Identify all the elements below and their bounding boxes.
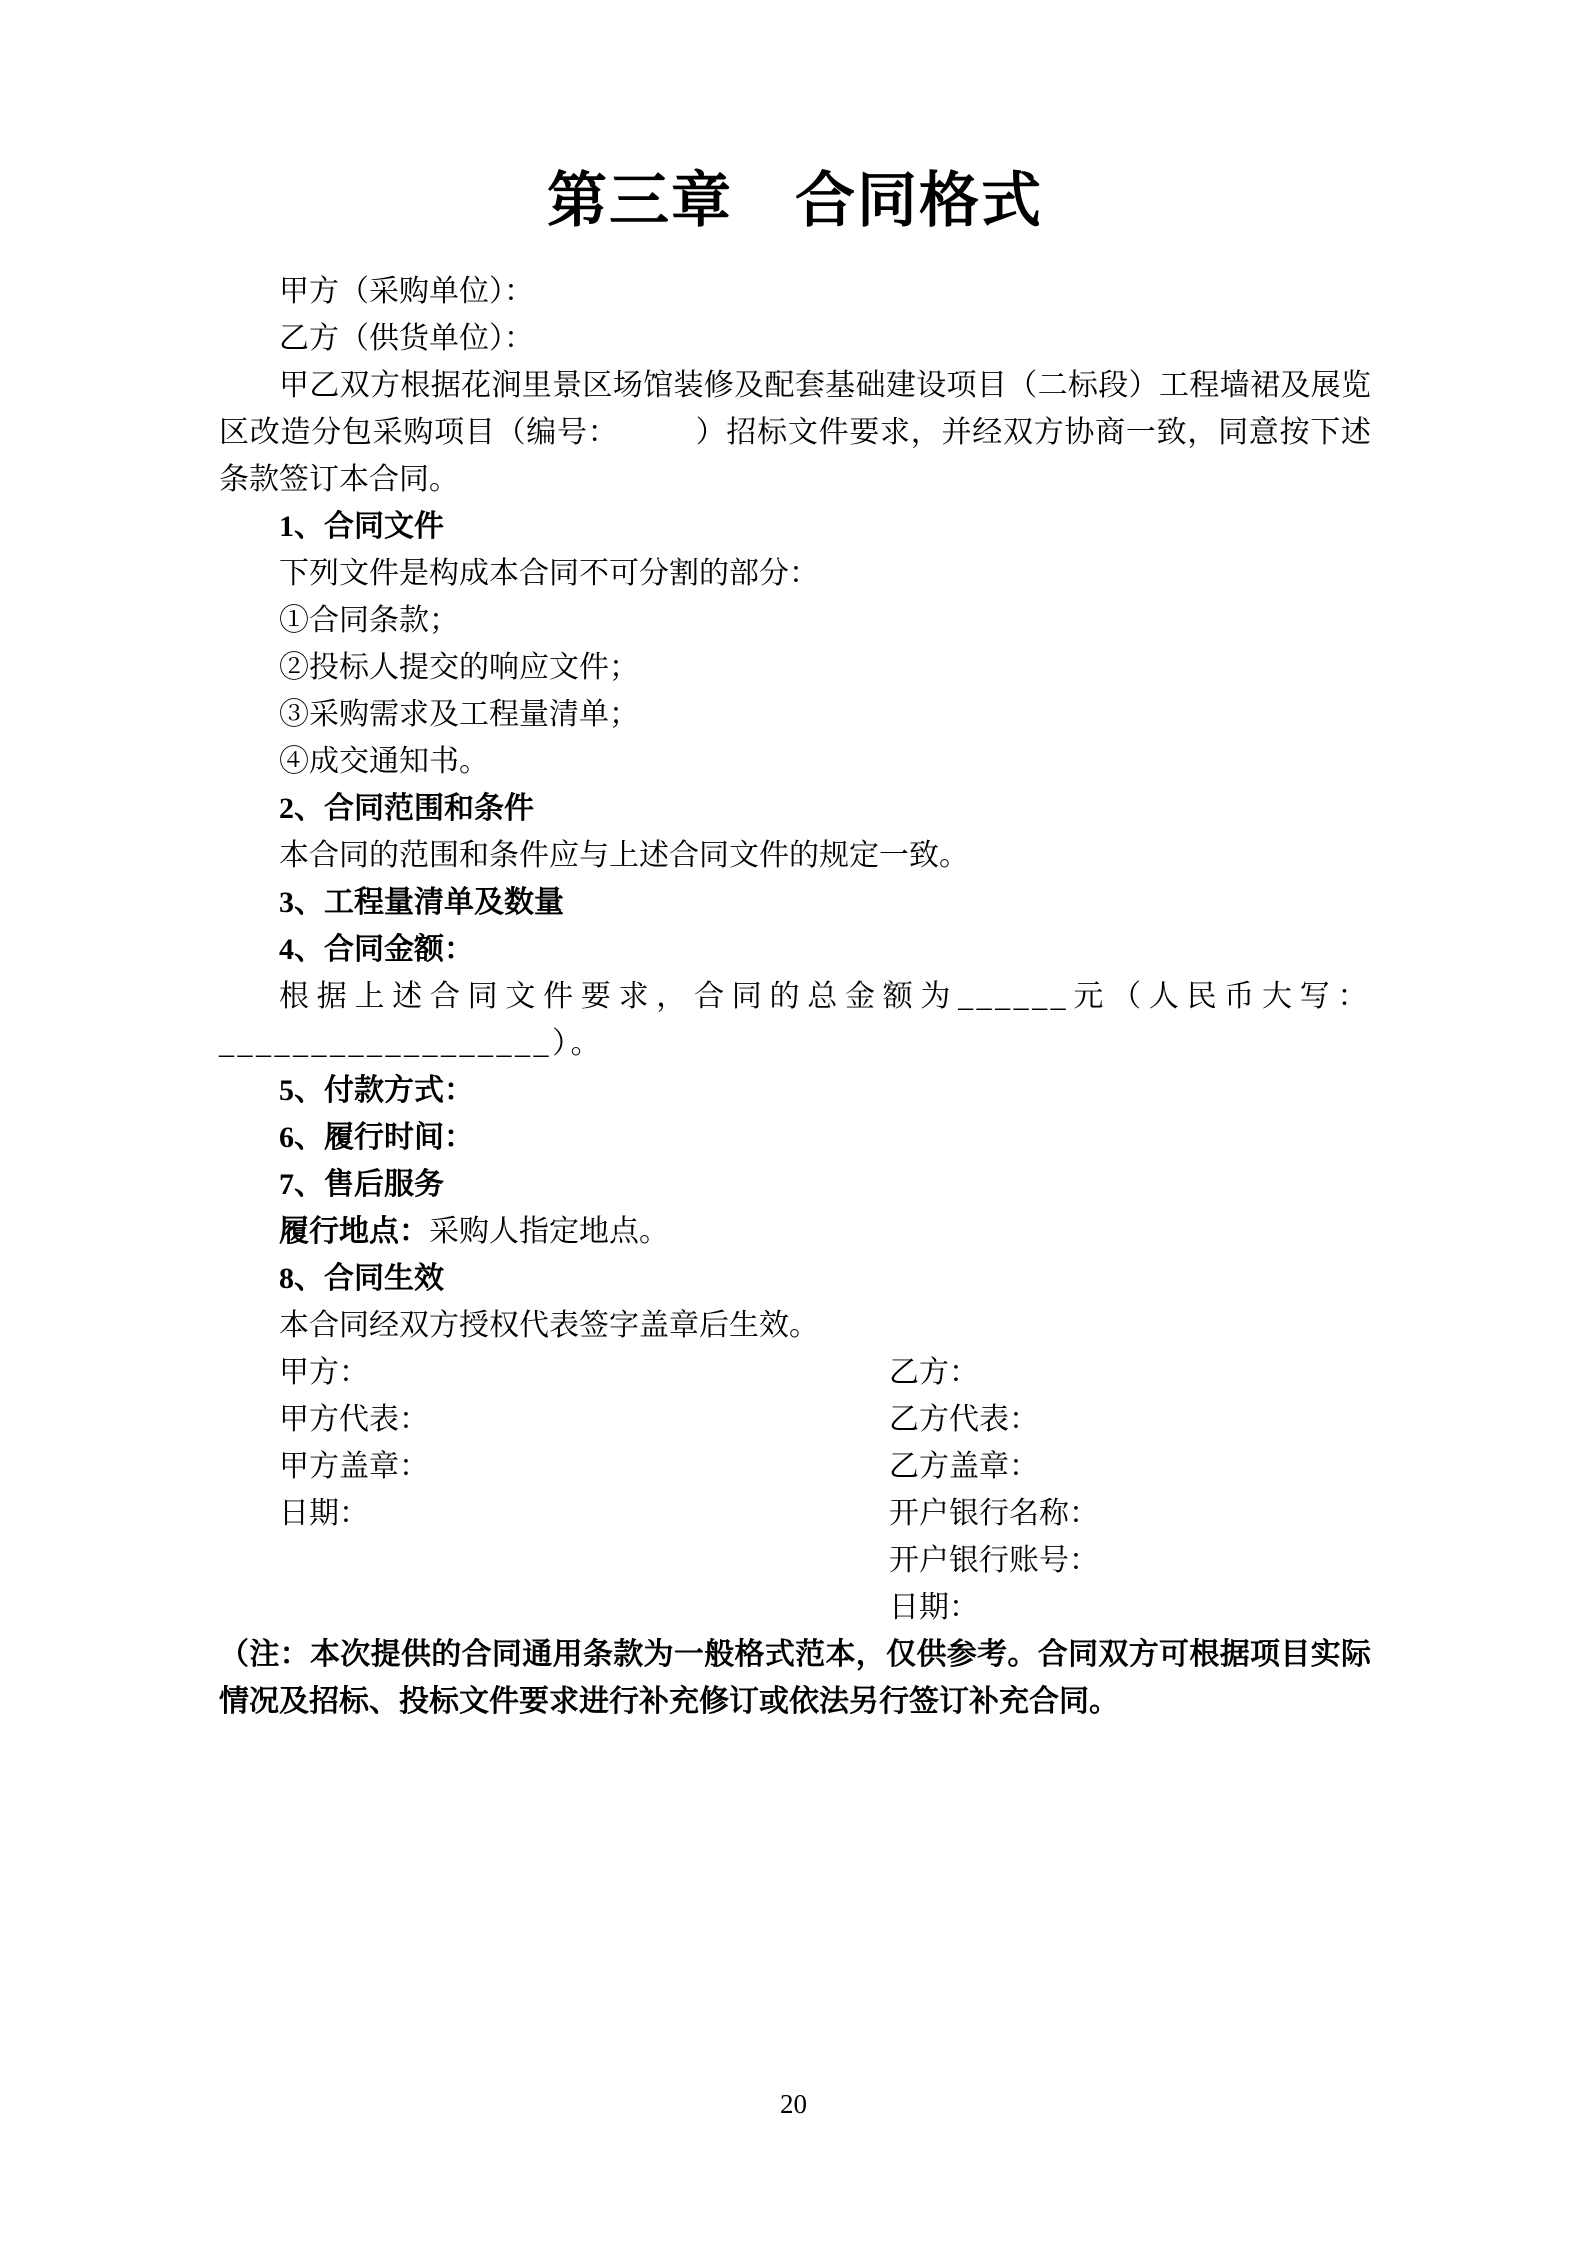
signature-party-a: 甲方： 甲方代表： 甲方盖章： 日期： <box>219 1349 889 1631</box>
section-2-heading: 2、合同范围和条件 <box>219 785 1371 832</box>
party-a-line: 甲方（采购单位）： <box>219 268 1371 315</box>
contract-doc-item-4: ④成交通知书。 <box>219 738 1371 785</box>
contract-doc-item-1: ①合同条款； <box>219 597 1371 644</box>
contract-doc-item-2: ②投标人提交的响应文件； <box>219 644 1371 691</box>
note-paragraph: （注：本次提供的合同通用条款为一般格式范本，仅供参考。合同双方可根据项目实际情况… <box>219 1631 1371 1725</box>
party-a-rep-line: 甲方代表： <box>219 1396 889 1443</box>
signature-party-b: 乙方： 乙方代表： 乙方盖章： 开户银行名称： 开户银行账号： 日期： <box>889 1349 1371 1631</box>
document-body: 甲方（采购单位）： 乙方（供货单位）： 甲乙双方根据花涧里景区场馆装修及配套基础… <box>219 268 1371 1725</box>
section-1-heading: 1、合同文件 <box>219 503 1371 550</box>
section-5-heading: 5、付款方式： <box>219 1067 1371 1114</box>
page-title: 第三章 合同格式 <box>219 162 1371 240</box>
contract-amount-paragraph: 根据上述合同文件要求，合同的总金额为______元（人民币大写：________… <box>219 973 1371 1067</box>
party-b-seal-line: 乙方盖章： <box>889 1443 1371 1490</box>
party-b-name-line: 乙方： <box>889 1349 1371 1396</box>
contract-document-page: 第三章 合同格式 甲方（采购单位）： 乙方（供货单位）： 甲乙双方根据花涧里景区… <box>0 0 1587 2245</box>
intro-paragraph: 甲乙双方根据花涧里景区场馆装修及配套基础建设项目（二标段）工程墙裙及展览区改造分… <box>219 362 1371 503</box>
section-1-lead: 下列文件是构成本合同不可分割的部分： <box>219 550 1371 597</box>
bank-name-line: 开户银行名称： <box>889 1490 1371 1537</box>
performance-place-value: 采购人指定地点。 <box>429 1215 669 1248</box>
party-a-seal-line: 甲方盖章： <box>219 1443 889 1490</box>
bank-account-line: 开户银行账号： <box>889 1537 1371 1584</box>
party-b-rep-line: 乙方代表： <box>889 1396 1371 1443</box>
party-a-name-line: 甲方： <box>219 1349 889 1396</box>
performance-place-label: 履行地点： <box>279 1215 429 1248</box>
section-8-heading: 8、合同生效 <box>219 1255 1371 1302</box>
party-a-date-line: 日期： <box>219 1490 889 1537</box>
signature-block: 甲方： 甲方代表： 甲方盖章： 日期： 乙方： 乙方代表： 乙方盖章： 开户银行… <box>219 1349 1371 1631</box>
section-7-heading: 7、售后服务 <box>219 1161 1371 1208</box>
page-content: 第三章 合同格式 甲方（采购单位）： 乙方（供货单位）： 甲乙双方根据花涧里景区… <box>219 0 1371 1725</box>
page-number: 20 <box>0 2088 1587 2120</box>
section-6-heading: 6、履行时间： <box>219 1114 1371 1161</box>
section-4-heading: 4、合同金额： <box>219 926 1371 973</box>
contract-doc-item-3: ③采购需求及工程量清单； <box>219 691 1371 738</box>
party-b-line: 乙方（供货单位）： <box>219 315 1371 362</box>
section-2-body: 本合同的范围和条件应与上述合同文件的规定一致。 <box>219 832 1371 879</box>
performance-place-line: 履行地点：采购人指定地点。 <box>219 1208 1371 1255</box>
section-3-heading: 3、工程量清单及数量 <box>219 879 1371 926</box>
party-b-date-line: 日期： <box>889 1584 1371 1631</box>
section-8-body: 本合同经双方授权代表签字盖章后生效。 <box>219 1302 1371 1349</box>
